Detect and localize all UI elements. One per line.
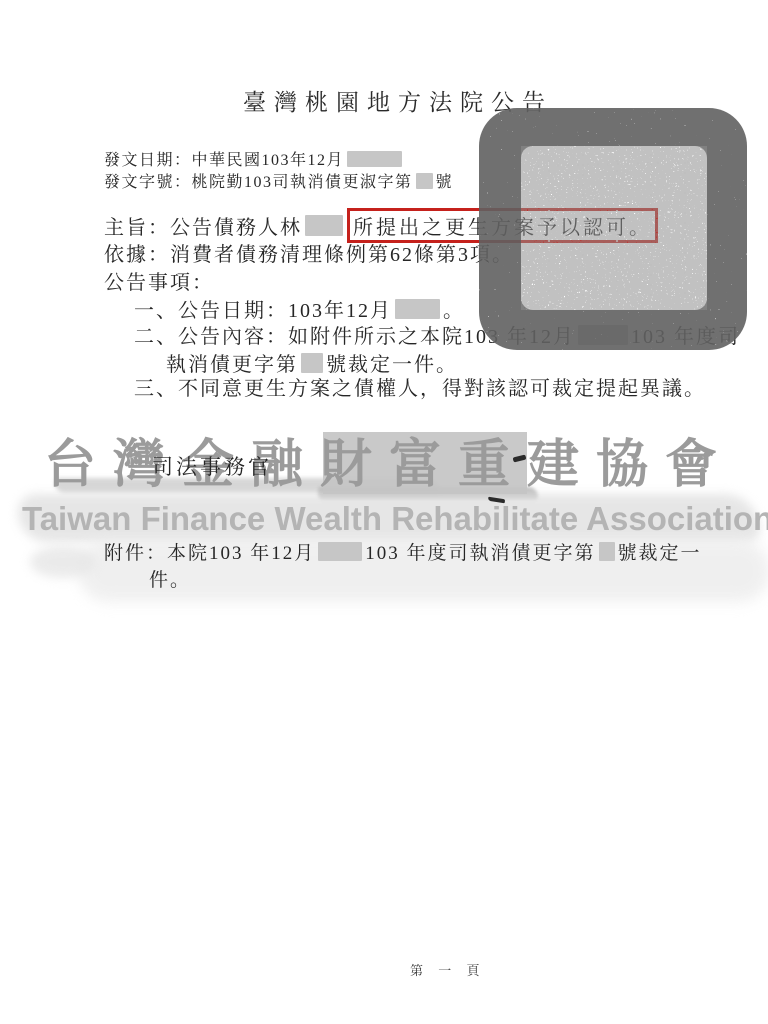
issue-date-line: 發文日期：中華民國103年12月	[104, 147, 405, 170]
basis-line: 依據：消費者債務清理條例第62條第3項。	[104, 238, 514, 267]
watermark-cjk-text: 台灣金融財富重建協會	[44, 422, 724, 497]
issue-date-redaction	[347, 151, 402, 167]
debtor-name-redaction	[305, 215, 343, 236]
doc-number-suffix: 號	[436, 174, 454, 191]
items-header: 公告事項：	[104, 266, 214, 295]
basis-text: 消費者債務清理條例第62條第3項。	[170, 244, 514, 266]
attachment-suffix: 號裁定一	[618, 543, 702, 564]
item2-mid: 103 年度司	[631, 326, 740, 348]
doc-number-line: 發文字號：桃院勤103司執消債更淑字第號	[104, 169, 453, 192]
item1-suffix: 。	[443, 300, 465, 322]
attachment-label: 附件：	[104, 543, 167, 564]
attachment-prefix: 本院103 年12月	[167, 543, 315, 564]
attachment-caseno-redaction	[599, 542, 615, 561]
attachment-date-redaction	[318, 542, 362, 561]
issue-date-label: 發文日期：	[104, 152, 192, 169]
announcement-item-3: 三、不同意更生方案之債權人，得對該認可裁定提起異議。	[134, 372, 706, 401]
issue-date-value: 中華民國103年12月	[192, 152, 345, 169]
attachment-line-1: 附件：本院103 年12月103 年度司執消債更字第號裁定一	[104, 538, 702, 565]
watermark-english-text: Taiwan Finance Wealth Rehabilitate Assoc…	[22, 500, 768, 538]
page-title: 臺灣桃園地方法院公告	[0, 84, 768, 117]
doc-number-value: 桃院勤103司執消債更淑字第	[192, 174, 413, 191]
item1-date-redaction	[395, 299, 440, 319]
page-number: 第 一 頁	[410, 960, 486, 979]
item3-text: 不同意更生方案之債權人，得對該認可裁定提起異議。	[178, 378, 706, 400]
item2-date-redaction	[578, 325, 628, 345]
item2-text: 公告內容：如附件所示之本院103 年12月	[178, 326, 575, 348]
announcement-item-2: 二、公告內容：如附件所示之本院103 年12月103 年度司	[134, 320, 740, 349]
item2-caseno-redaction	[301, 353, 323, 373]
item1-number: 一、	[134, 300, 178, 322]
item1-text: 公告日期：103年12月	[178, 300, 392, 322]
scan-smudge	[30, 546, 96, 578]
doc-number-redaction	[416, 173, 433, 189]
attachment-mid: 103 年度司執消債更字第	[365, 543, 595, 564]
subject-label: 主旨：	[104, 217, 170, 239]
subject-prefix: 公告債務人林	[170, 217, 302, 239]
attachment-line-2: 件。	[149, 565, 191, 592]
basis-label: 依據：	[104, 244, 170, 266]
item2-number: 二、	[134, 326, 178, 348]
doc-number-label: 發文字號：	[104, 174, 192, 191]
announcement-item-1: 一、公告日期：103年12月。	[134, 294, 465, 323]
scanned-court-announcement: 台灣金融財富重建協會 Taiwan Finance Wealth Rehabil…	[0, 0, 768, 1024]
item3-number: 三、	[134, 378, 178, 400]
officer-title: 司法事務官	[152, 451, 272, 481]
